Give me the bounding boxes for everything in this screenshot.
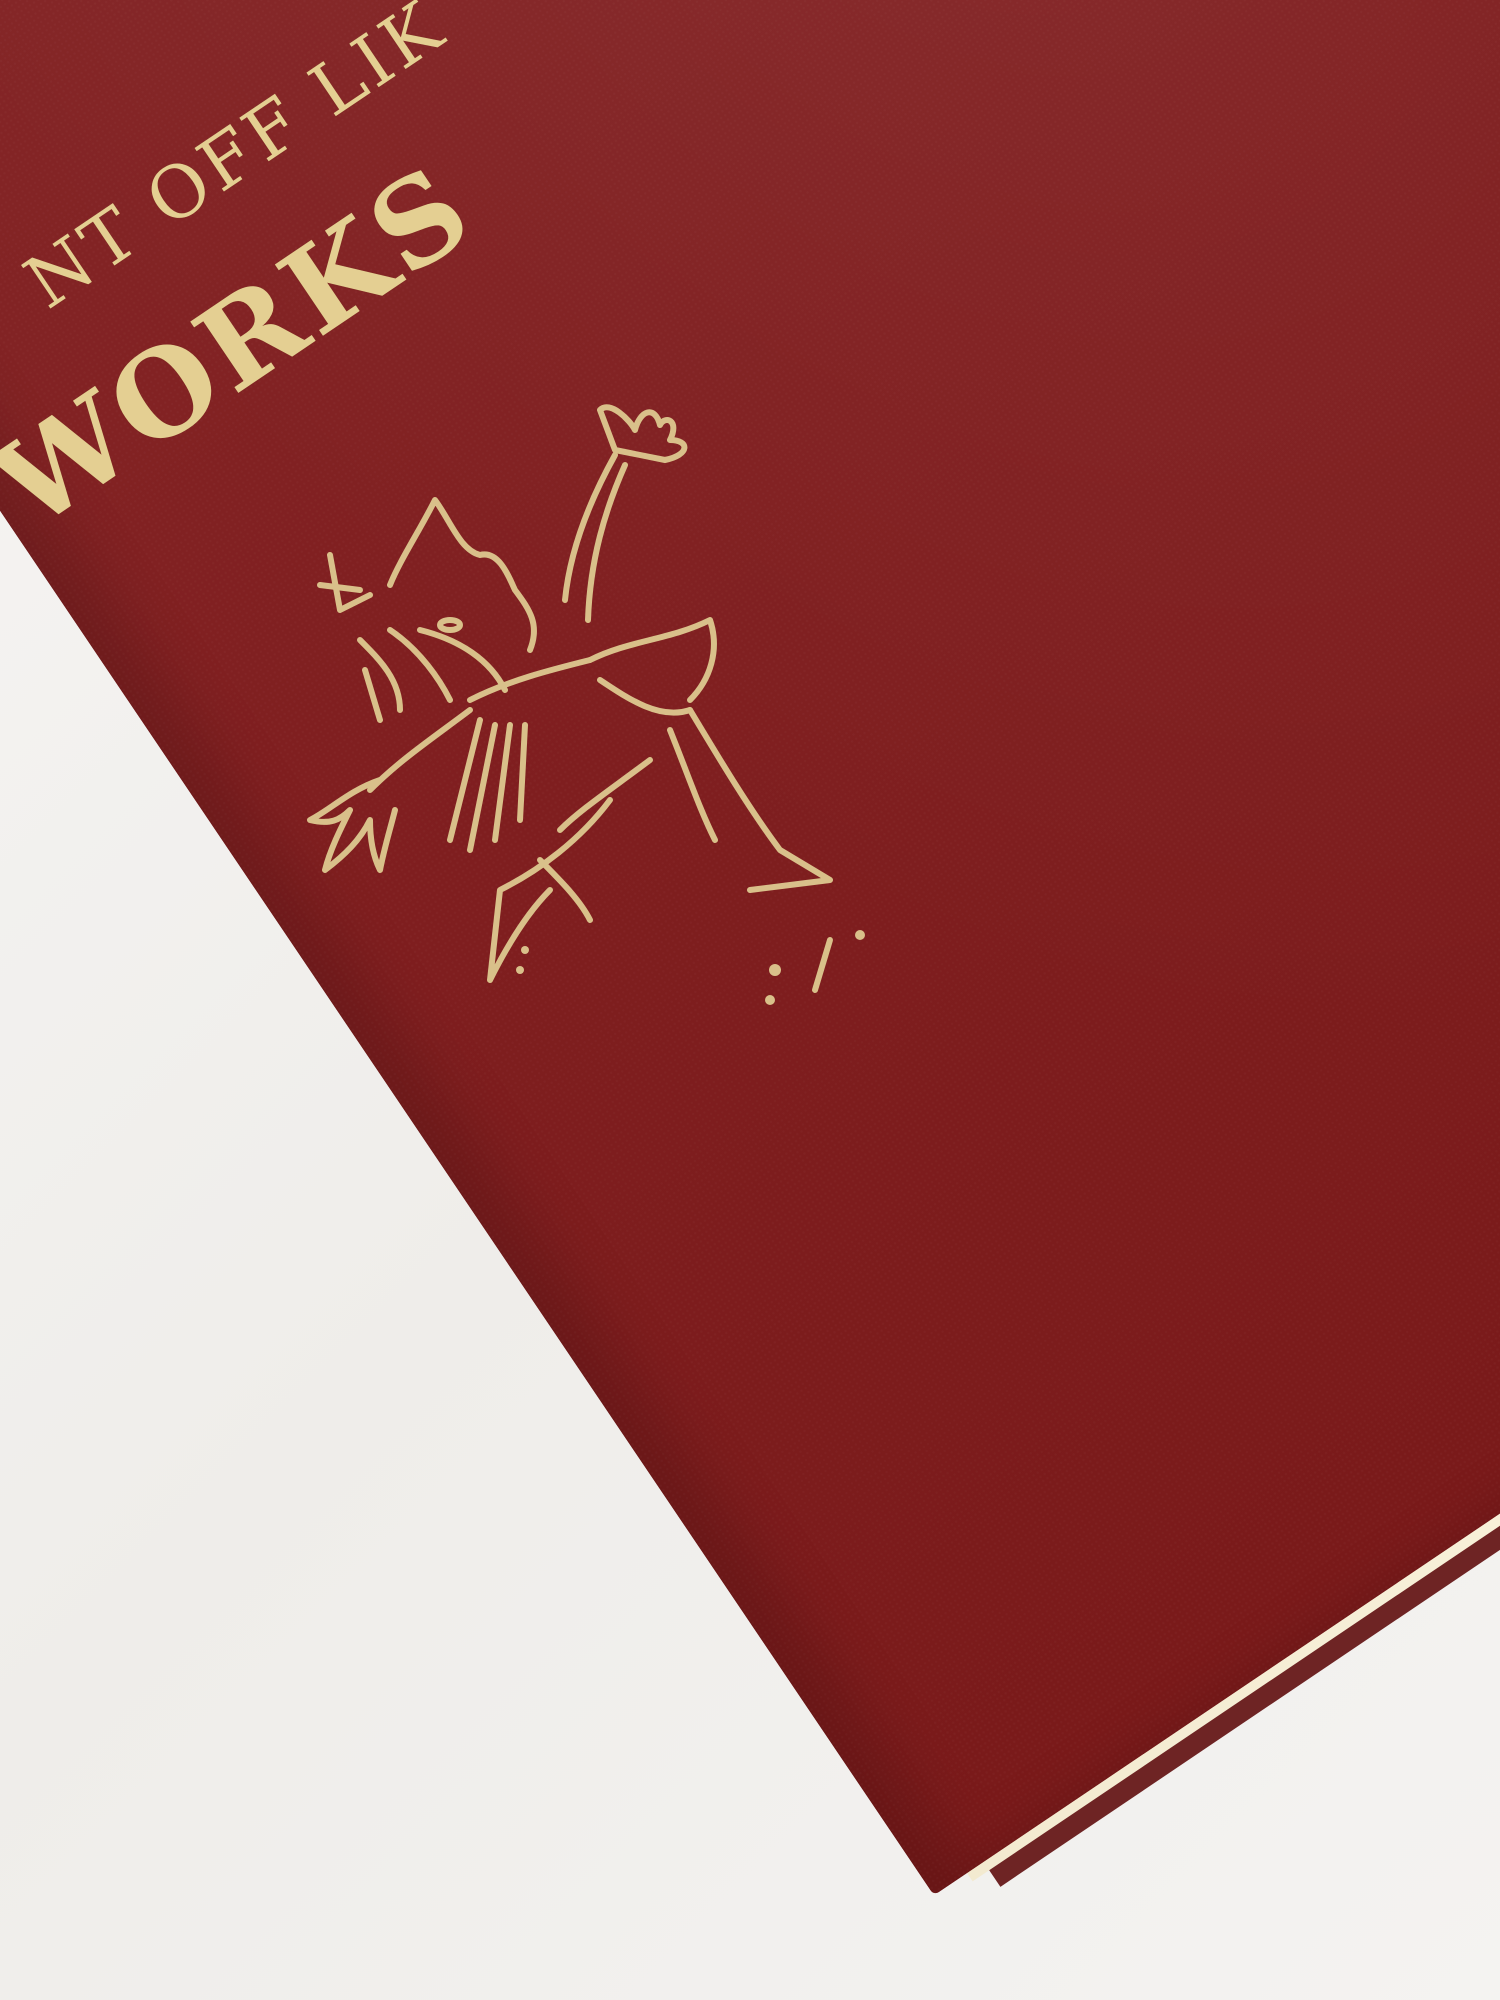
- leaping-figure-icon: [270, 380, 950, 1040]
- gold-figure-illustration-icon: [270, 380, 950, 1040]
